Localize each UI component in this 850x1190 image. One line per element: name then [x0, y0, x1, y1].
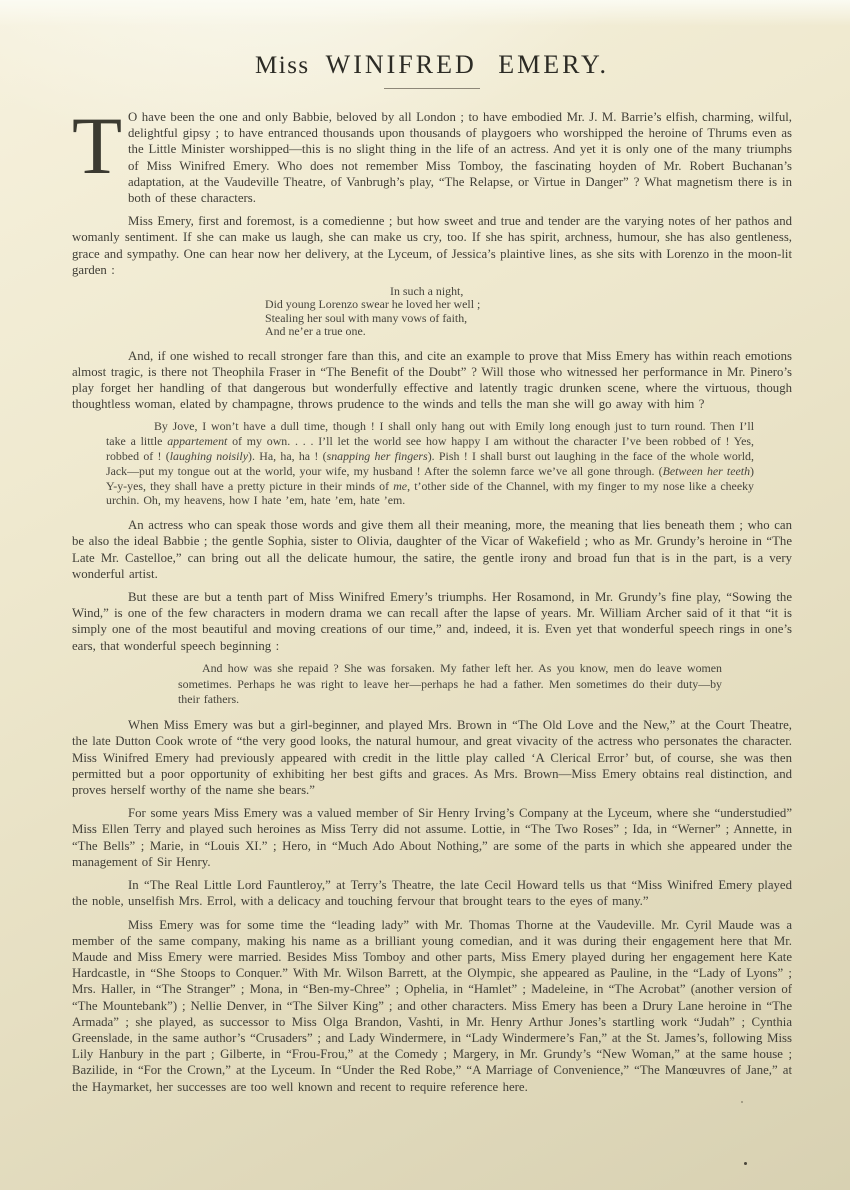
verse-line: And ne’er a true one.: [265, 325, 792, 338]
paragraph-girl-beginner: When Miss Emery was but a girl-beginner,…: [72, 717, 792, 798]
paragraph-tragic: And, if one wished to recall stronger fa…: [72, 348, 792, 413]
paragraph-leading-lady: Miss Emery was for some time the “leadin…: [72, 917, 792, 1095]
page-title: MissWINIFRED EMERY.: [72, 44, 792, 81]
scanned-page: MissWINIFRED EMERY. TO have been the one…: [0, 0, 850, 1190]
paragraph-intro-text: O have been the one and only Babbie, bel…: [128, 110, 792, 205]
page-edge-highlight: [0, 0, 850, 26]
blockquote-drunken-scene: By Jove, I won’t have a dull time, thoug…: [72, 419, 792, 508]
article: MissWINIFRED EMERY. TO have been the one…: [72, 44, 792, 1102]
blockquote-repaid: And how was she repaid ? She was forsake…: [72, 661, 792, 708]
paragraph-comedienne: Miss Emery, first and foremost, is a com…: [72, 213, 792, 278]
verse-line: Did young Lorenzo swear he loved her wel…: [265, 298, 792, 311]
paragraph-lyceum-years: For some years Miss Emery was a valued m…: [72, 805, 792, 870]
verse-quote-lorenzo: In such a night, Did young Lorenzo swear…: [265, 285, 792, 339]
paragraph-an-actress: An actress who can speak those words and…: [72, 517, 792, 582]
verse-line: In such a night,: [390, 285, 792, 298]
scan-speck: [744, 1162, 747, 1165]
paragraph-triumphs: But these are but a tenth part of Miss W…: [72, 589, 792, 654]
title-rule: [384, 88, 480, 89]
title-caps: WINIFRED EMERY.: [326, 50, 609, 79]
title-prefix: Miss: [255, 52, 310, 79]
drop-cap: T: [72, 111, 124, 191]
paragraph-intro: TO have been the one and only Babbie, be…: [72, 109, 792, 206]
paragraph-fauntleroy: In “The Real Little Lord Fauntleroy,” at…: [72, 877, 792, 909]
verse-line: Stealing her soul with many vows of fait…: [265, 312, 792, 325]
